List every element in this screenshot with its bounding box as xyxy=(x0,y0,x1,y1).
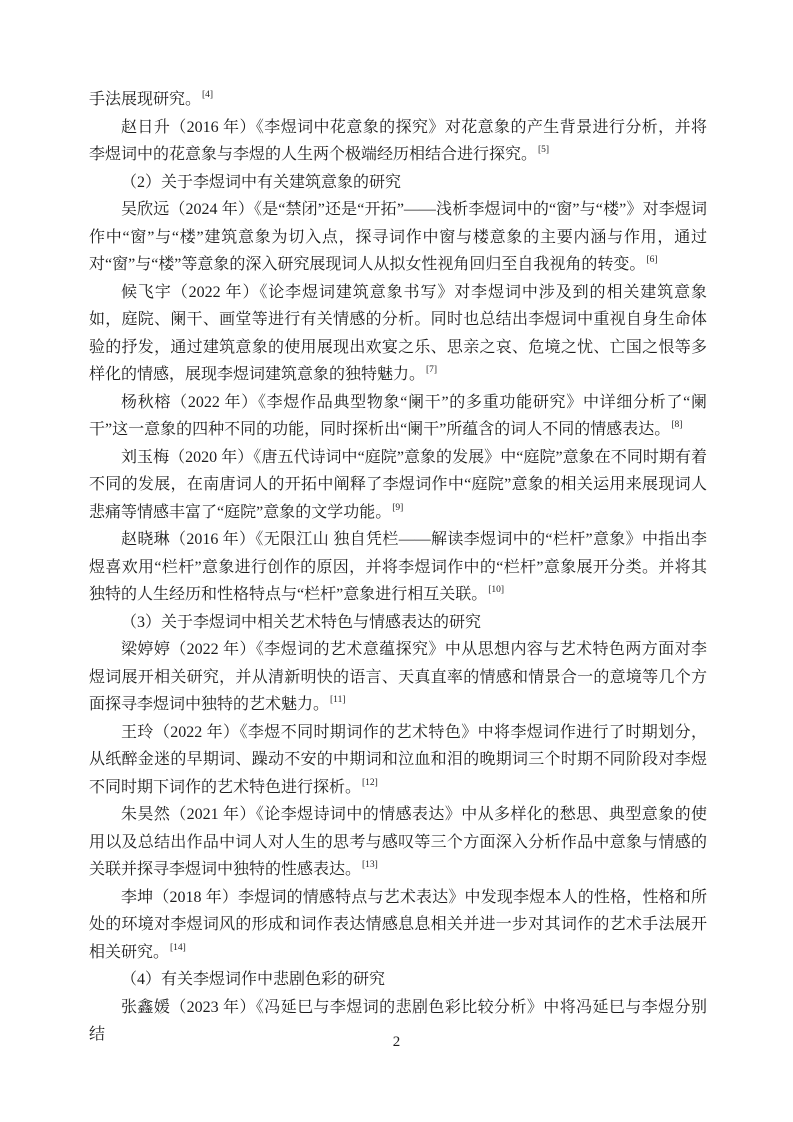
citation-ref: [14] xyxy=(170,943,186,953)
citation-ref: [6] xyxy=(646,255,657,265)
paragraph-text: 杨秋榕（2022 年）《李煜作品典型物象“阑干”的多重功能研究》中详细分析了“阑… xyxy=(89,394,707,439)
citation-ref: [8] xyxy=(671,420,682,430)
citation-ref: [9] xyxy=(392,503,403,513)
citation-ref: [7] xyxy=(426,365,437,375)
paragraph: 候飞宇（2022 年）《论李煜词建筑意象书写》对李煜词中涉及到的相关建筑意象如，… xyxy=(89,279,707,389)
paragraph: 赵晓琳（2016 年）《无限江山 独自凭栏——解读李煜词中的“栏杆”意象》中指出… xyxy=(89,526,707,609)
paragraph-text: 梁婷婷（2022 年）《李煜词的艺术意蕴探究》中从思想内容与艺术特色两方面对李煜… xyxy=(89,641,707,713)
paragraph: 李坤（2018 年）李煜词的情感特点与艺术表达》中发现李煜本人的性格，性格和所处… xyxy=(89,884,707,967)
paragraph: 梁婷婷（2022 年）《李煜词的艺术意蕴探究》中从思想内容与艺术特色两方面对李煜… xyxy=(89,636,707,719)
paragraph: 杨秋榕（2022 年）《李煜作品典型物象“阑干”的多重功能研究》中详细分析了“阑… xyxy=(89,389,707,444)
paragraph: 刘玉梅（2020 年）《唐五代诗词中“庭院”意象的发展》中“庭院”意象在不同时期… xyxy=(89,444,707,527)
paragraph-text: 手法展现研究。 xyxy=(89,91,201,108)
page-body: 手法展现研究。[4] 赵日升（2016 年）《李煜词中花意象的探究》对花意象的产… xyxy=(89,86,707,1049)
paragraph: 手法展现研究。[4] xyxy=(89,86,707,114)
citation-ref: [11] xyxy=(330,695,345,705)
paragraph-text: （3）关于李煜词中相关艺术特色与情感表达的研究 xyxy=(121,614,481,631)
paragraph-text: （2）关于李煜词中有关建筑意象的研究 xyxy=(121,174,401,191)
paragraph: 朱昊然（2021 年）《论李煜诗词中的情感表达》中从多样化的愁思、典型意象的使用… xyxy=(89,801,707,884)
paragraph: （3）关于李煜词中相关艺术特色与情感表达的研究 xyxy=(89,609,707,637)
paragraph: 赵日升（2016 年）《李煜词中花意象的探究》对花意象的产生背景进行分析，并将李… xyxy=(89,114,707,169)
paragraph-text: 吴欣远（2024 年）《是“禁闭”还是“开拓”——浅析李煜词中的“窗”与“楼”》… xyxy=(89,201,707,273)
document-page: 手法展现研究。[4] 赵日升（2016 年）《李煜词中花意象的探究》对花意象的产… xyxy=(0,0,793,1122)
paragraph-text: 赵晓琳（2016 年）《无限江山 独自凭栏——解读李煜词中的“栏杆”意象》中指出… xyxy=(89,531,707,603)
paragraph: 吴欣远（2024 年）《是“禁闭”还是“开拓”——浅析李煜词中的“窗”与“楼”》… xyxy=(89,196,707,279)
paragraph-text: 赵日升（2016 年）《李煜词中花意象的探究》对花意象的产生背景进行分析，并将李… xyxy=(89,119,707,164)
citation-ref: [13] xyxy=(362,860,378,870)
citation-ref: [5] xyxy=(538,145,549,155)
citation-ref: [12] xyxy=(362,778,378,788)
page-number: 2 xyxy=(0,1032,793,1052)
paragraph-text: 王玲（2022 年）《李煜不同时期词作的艺术特色》中将李煜词作进行了时期划分，从… xyxy=(89,724,707,796)
paragraph-text: 候飞宇（2022 年）《论李煜词建筑意象书写》对李煜词中涉及到的相关建筑意象如，… xyxy=(89,284,707,384)
paragraph-text: （4）有关李煜词作中悲剧色彩的研究 xyxy=(121,971,385,988)
citation-ref: [10] xyxy=(488,585,504,595)
paragraph: （2）关于李煜词中有关建筑意象的研究 xyxy=(89,169,707,197)
citation-ref: [4] xyxy=(202,90,213,100)
paragraph: （4）有关李煜词作中悲剧色彩的研究 xyxy=(89,966,707,994)
paragraph: 王玲（2022 年）《李煜不同时期词作的艺术特色》中将李煜词作进行了时期划分，从… xyxy=(89,719,707,802)
paragraph-text: 朱昊然（2021 年）《论李煜诗词中的情感表达》中从多样化的愁思、典型意象的使用… xyxy=(89,806,707,878)
